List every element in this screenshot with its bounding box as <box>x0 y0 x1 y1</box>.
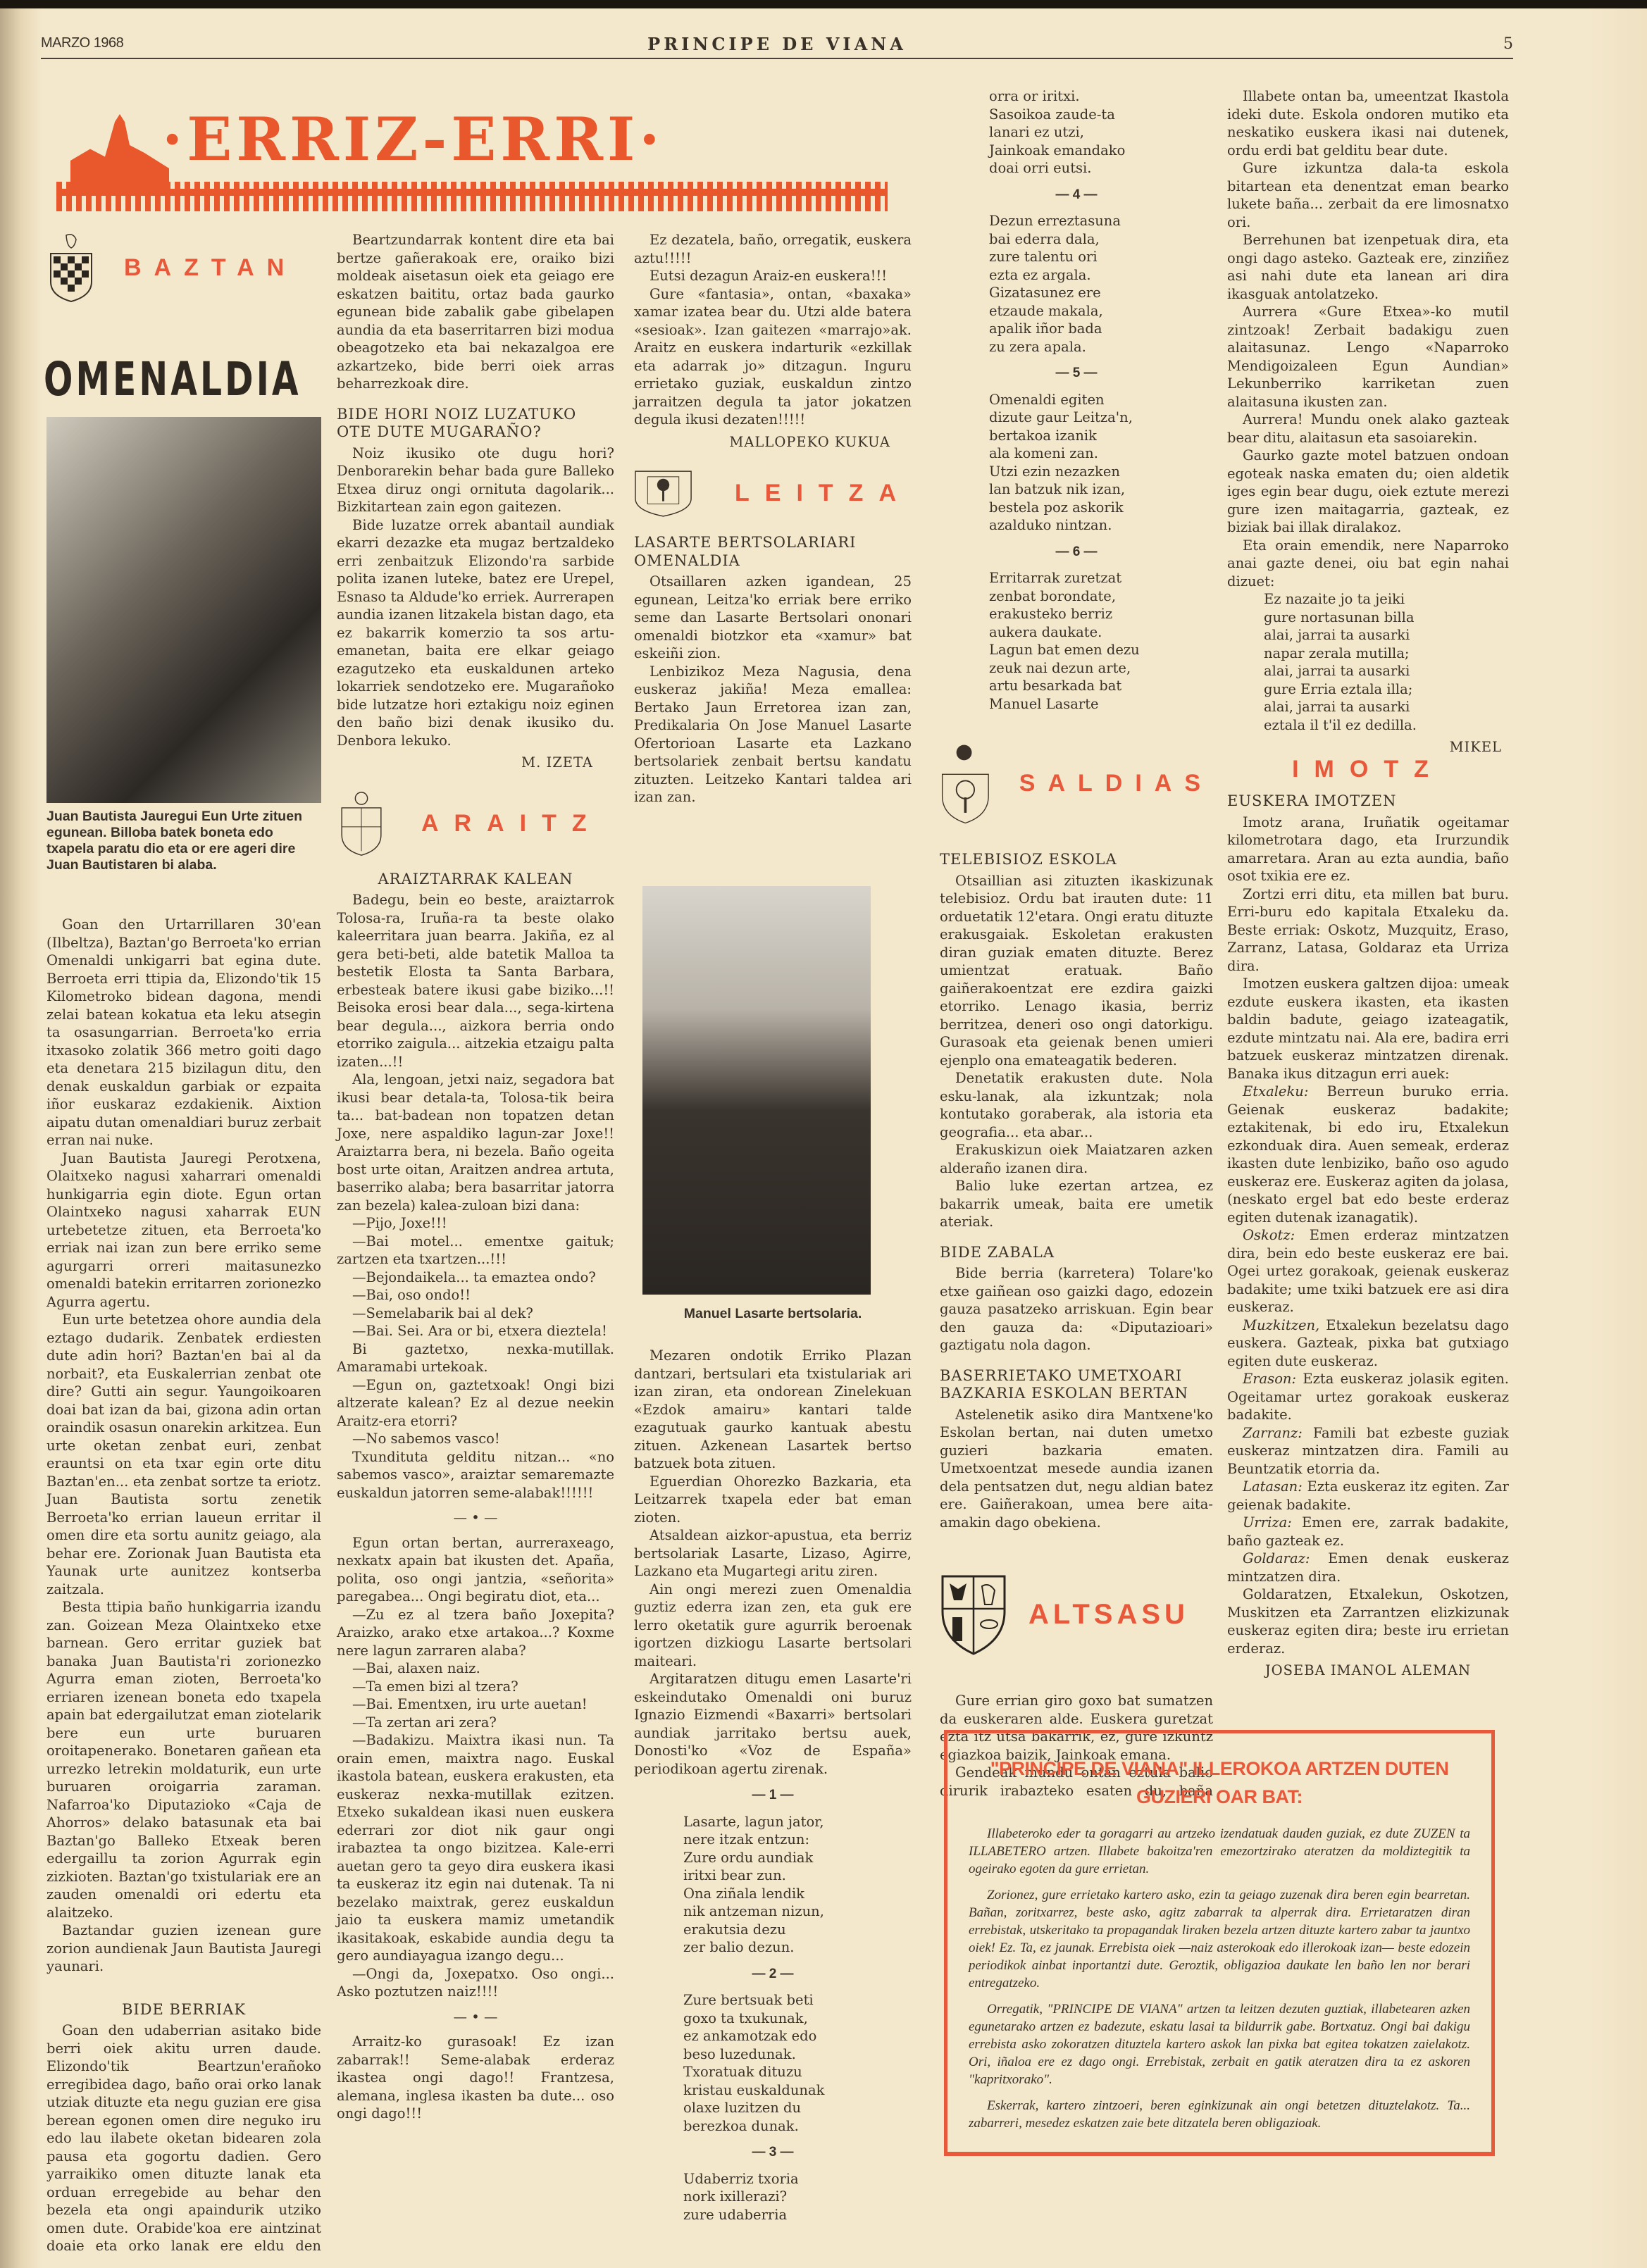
verse-line: ala komeni zan. <box>989 444 1213 463</box>
paragraph-text: Imotzen euskera galtzen dijoa: umeak ezd… <box>1227 976 1509 1082</box>
verse-number: — 6 — <box>940 543 1213 561</box>
verse-line: Jainkoak emandako <box>989 142 1213 160</box>
notice-paragraph: Zorionez, gure errietako kartero asko, e… <box>969 1886 1470 1992</box>
scan-edge <box>0 0 1647 8</box>
verse-line: ez ankamotzak edo <box>683 2027 912 2045</box>
paragraph: Denetatik erakusten dute. Nola esku-lana… <box>940 1069 1213 1141</box>
dialogue-line: —Badakizu. Maixtra ikasi nun. Ta orain e… <box>337 1731 614 1965</box>
page-number: 5 <box>1503 35 1513 53</box>
paragraph: Aurrera! Mundu onek alako gazteak bear d… <box>1227 411 1509 447</box>
subhead: BIDE BERRIAK <box>46 2001 321 2019</box>
poem-line: eztala il t'il ez dedilla. <box>1264 716 1509 735</box>
village-name: Zarranz: <box>1243 1425 1303 1441</box>
verse-line: Manuel Lasarte <box>989 695 1213 714</box>
byline: M. IZETA <box>337 754 614 772</box>
paragraph: Goan den udaberrian asitako bide berri o… <box>46 2021 321 2258</box>
verse-number: — 4 — <box>940 186 1213 204</box>
verse-line: nere itzak entzun: <box>683 1831 912 1849</box>
verse-number: — 5 — <box>940 364 1213 382</box>
verse-line: artu besarkada bat <box>989 677 1213 695</box>
village-name: Erason: <box>1243 1371 1296 1387</box>
town-name: SALDIAS <box>1019 775 1213 793</box>
subhead: BIDE ZABALA <box>940 1244 1213 1262</box>
paragraph: Noiz ikusiko ote dugu hori? Denborarekin… <box>337 444 614 516</box>
araitz-shield-icon <box>337 790 386 858</box>
paragraph: Badegu, bein eo beste, araiztarrok Tolos… <box>337 891 614 1071</box>
town-name: ALTSASU <box>1028 1606 1189 1624</box>
verse-line: Dezun erreztasuna <box>989 212 1213 230</box>
verse-line: zu zera apala. <box>989 338 1213 356</box>
village-name: Muzkitzen, <box>1243 1317 1319 1333</box>
paragraph: Zarranz: Famili bat ezbeste guziak euske… <box>1227 1424 1509 1478</box>
town-heading-baztan: BAZTAN <box>46 232 297 303</box>
column-5: Illabete ontan ba, umeentzat Ikastola id… <box>1227 87 1509 1684</box>
town-name-imotz: IMOTZ <box>1227 761 1509 779</box>
masthead: PRINCIPE DE VIANA <box>41 34 1513 54</box>
verse-line: berezkoa dunak. <box>683 2117 912 2136</box>
photo-manuel-lasarte <box>642 886 871 1295</box>
verse-line: zenbat borondate, <box>989 587 1213 606</box>
verse-line: ezta ez argala. <box>989 266 1213 285</box>
verse-number: — 2 — <box>634 1965 912 1983</box>
paragraph-text: Zortzi erri ditu, eta millen bat buru. E… <box>1227 886 1509 974</box>
paragraph: Bide berria (karretera) Tolare'ko etxe g… <box>940 1264 1213 1354</box>
paragraph: Goan den Urtarrillaren 30'ean (Ilbeltza)… <box>46 916 321 1149</box>
verse-line: nik antzeman nizun, <box>683 1902 912 1921</box>
verse-number: — 1 — <box>634 1786 912 1805</box>
village-name: Oskotz: <box>1243 1227 1295 1243</box>
verse-line: aukera daukate. <box>989 623 1213 642</box>
verse-line: erakutsia dezu <box>683 1921 912 1939</box>
poem-line: napar zerala mutilla; <box>1264 644 1509 663</box>
paragraph: Beartzundarrak kontent dire eta bai bert… <box>337 231 614 393</box>
church-silhouette-icon <box>70 114 169 192</box>
column-3-lower: Mezaren ondotik Erriko Plazan dantzari, … <box>634 1347 912 2224</box>
notice-title: "PRINCIPE DE VIANA" ILLEROKOA ARTZEN DUT… <box>969 1755 1470 1811</box>
poem: Ez nazaite jo ta jeiki gure nortasunan b… <box>1227 590 1509 734</box>
paragraph: Gure «fantasia», ontan, «baxaka» xamar i… <box>634 285 912 429</box>
paragraph: Otsaillaren azken igandean, 25 egunean, … <box>634 573 912 663</box>
verse-line: erakusteko berriz <box>989 605 1213 623</box>
photo-jauregui-centenarian <box>46 417 321 803</box>
dialogue-line: —Ongi da, Joxepatxo. Oso ongi... Asko po… <box>337 1965 614 2001</box>
verse-line: apalik iñor bada <box>989 320 1213 338</box>
poem-line: gure nortasunan billa <box>1264 609 1509 627</box>
verse-line: bestela poz askorik <box>989 499 1213 517</box>
column-4: orra or iritxi.Sasoikoa zaude-talanari e… <box>940 87 1213 1800</box>
verse-line: Udaberriz txoria <box>683 2170 912 2188</box>
column-2: Beartzundarrak kontent dire eta bai bert… <box>337 231 614 2123</box>
verse: Dezun erreztasunabai ederra dala,zure ta… <box>940 212 1213 356</box>
paragraph: Arraitz-ko gurasoak! Ez izan zabarrak!! … <box>337 2033 614 2123</box>
dialogue-line: —Bai, oso ondo!! <box>337 1286 614 1304</box>
headline-omenaldia: OMENALDIA <box>44 352 273 406</box>
paragraph-text: Goldaratzen, Etxalekun, Oskotzen, Muskit… <box>1227 1586 1509 1657</box>
paragraph: Imotzen euskera galtzen dijoa: umeak ezd… <box>1227 975 1509 1083</box>
paragraph: Argitaratzen ditugu emen Lasarte'ri eske… <box>634 1670 912 1778</box>
town-heading-leitza: LEITZA <box>634 469 912 518</box>
paragraph: Otsaillian asi zituzten ikaskizunak tele… <box>940 872 1213 1070</box>
notice-paragraph: Illabeteroko eder ta goragarri au artzek… <box>969 1825 1470 1878</box>
verse-line: lan batzuk nik izan, <box>989 480 1213 499</box>
town-name: BAZTAN <box>124 254 297 282</box>
paragraph: Mezaren ondotik Erriko Plazan dantzari, … <box>634 1347 912 1473</box>
poem-line: alai, jarrai ta ausarki <box>1264 698 1509 716</box>
paragraph: Egun ortan bertan, aurreraxeago, nexkatx… <box>337 1534 614 1606</box>
verse-number: — 3 — <box>634 2143 912 2162</box>
poem-line: Ez nazaite jo ta jeiki <box>1264 590 1509 609</box>
verse: orra or iritxi.Sasoikoa zaude-talanari e… <box>940 87 1213 177</box>
paragraph: Eutsi dezagun Araiz-en euskera!!! <box>634 267 912 285</box>
verse-line: iritxi bear zun. <box>683 1867 912 1885</box>
paragraph: Etxaleku: Berreun buruko erria. Geienak … <box>1227 1083 1509 1226</box>
byline: MALLOPEKO KUKUA <box>634 433 912 451</box>
verse-line: goxo ta txukunak, <box>683 2010 912 2028</box>
paragraph: Goldaratzen, Etxalekun, Oskotzen, Muskit… <box>1227 1585 1509 1657</box>
subhead: TELEBISIOZ ESKOLA <box>940 851 1213 869</box>
paragraph: Berrehunen bat izenpetuak dira, eta ongi… <box>1227 231 1509 303</box>
leitza-shield-icon <box>634 469 692 518</box>
verse-line: zer balio dezun. <box>683 1938 912 1957</box>
subhead: ARAIZTARRAK KALEAN <box>337 871 614 889</box>
altsasu-shield-icon <box>940 1574 1007 1657</box>
verse-line: Zure bertsuak beti <box>683 1991 912 2010</box>
paragraph: Zortzi erri ditu, eta millen bat buru. E… <box>1227 885 1509 976</box>
dialogue-line: —Pijo, Joxe!!! <box>337 1214 614 1233</box>
verse-line: etzaude makala, <box>989 302 1213 320</box>
subhead: LASARTE BERTSOLARIARI OMENALDIA <box>634 534 912 570</box>
dialogue-line: —Bai motel... ementxe gaituk; zartzen et… <box>337 1233 614 1269</box>
verse: Omenaldi egitendizute gaur Leitza'n,bert… <box>940 391 1213 535</box>
photo-caption: Juan Bautista Jauregui Eun Urte zituen e… <box>46 809 321 873</box>
paragraph: Bide luzatze orrek abantail aundiak ekar… <box>337 516 614 750</box>
paragraph: Goldaraz: Emen denak euskeraz mintzatzen… <box>1227 1550 1509 1585</box>
section-title: ·ERRIZ-ERRI· <box>162 104 664 174</box>
verse-line: olaxe luzitzen du <box>683 2099 912 2117</box>
column-3: Ez dezatela, baño, orregatik, euskera az… <box>634 231 912 806</box>
verse-line: Erritarrak zuretzat <box>989 569 1213 587</box>
notice-paragraph: Eskerrak, kartero zintzoeri, beren egink… <box>969 2097 1470 2132</box>
dialogue-line: —Egun on, gaztetxoak! Ongi bizi altzerat… <box>337 1376 614 1431</box>
subhead: BASERRIETAKO UMETXOARI BAZKARIA ESKOLAN … <box>940 1367 1213 1403</box>
dialogue-line: —No sabemos vasco! <box>337 1430 614 1448</box>
town-name: ARAITZ <box>421 815 602 833</box>
verse-line: azalduko nintzan. <box>989 516 1213 535</box>
verse-line: kristau euskaldunak <box>683 2081 912 2100</box>
paragraph: Eun urte betetzea ohore aundia dela ezta… <box>46 1311 321 1598</box>
subhead: EUSKERA IMOTZEN <box>1227 792 1509 811</box>
verse-line: bertakoa izanik <box>989 427 1213 445</box>
paragraph: Juan Bautista Jauregi Perotxena, Olaitxe… <box>46 1149 321 1311</box>
paragraph: Gure izkuntza dala-ta eskola bitartean e… <box>1227 159 1509 231</box>
fence-icon <box>56 182 888 211</box>
village-name: Goldaraz: <box>1243 1550 1310 1566</box>
verse-line: zeuk nai dezun arte, <box>989 659 1213 678</box>
poem-line: alai, jarrai ta ausarki <box>1264 662 1509 680</box>
verse-line: Sasoikoa zaude-ta <box>989 106 1213 124</box>
verse-line: zure talentu ori <box>989 248 1213 266</box>
paragraph: Erakuskizun oiek Maiatzaren azken aldera… <box>940 1141 1213 1177</box>
paragraph: Illabete ontan ba, umeentzat Ikastola id… <box>1227 87 1509 159</box>
verse: Erritarrak zuretzatzenbat borondate,erak… <box>940 569 1213 713</box>
paragraph: Atsaldean aizkor-apustua, eta berriz ber… <box>634 1526 912 1581</box>
dialogue-line: —Bai. Sei. Ara or bi, etxera dieztela! <box>337 1322 614 1340</box>
paragraph: Ain ongi merezi zuen Omenaldia guztiz ed… <box>634 1581 912 1671</box>
newspaper-page: MARZO 1968 PRINCIPE DE VIANA 5 ·ERRIZ-ER… <box>0 0 1647 2268</box>
dialogue-line: —Ta emen bizi al tzera? <box>337 1678 614 1696</box>
subscriber-notice-box: "PRINCIPE DE VIANA" ILLEROKOA ARTZEN DUT… <box>944 1730 1495 2156</box>
verse-line: Lasarte, lagun jator, <box>683 1813 912 1831</box>
paragraph: Astelenetik asiko dira Mantxene'ko Eskol… <box>940 1406 1213 1532</box>
paragraph: Txundituta gelditu nitzan... «no sabemos… <box>337 1448 614 1502</box>
village-name: Latasan: <box>1243 1478 1303 1495</box>
section-divider: — • — <box>337 1509 614 1527</box>
verse-line: Gizatasunez ere <box>989 284 1213 302</box>
paragraph: Ez dezatela, baño, orregatik, euskera az… <box>634 231 912 267</box>
verse-line: Ona ziñala lendik <box>683 1885 912 1903</box>
page-header: MARZO 1968 PRINCIPE DE VIANA 5 <box>41 32 1513 59</box>
verse: Zure bertsuak betigoxo ta txukunak,ez an… <box>634 1991 912 2135</box>
town-heading-altsasu: ALTSASU <box>940 1574 1213 1657</box>
photo-caption: Manuel Lasarte bertsolaria. <box>634 1306 912 1322</box>
notice-paragraph: Orregatik, "PRINCIPE DE VIANA" artzen ta… <box>969 2000 1470 2088</box>
subhead: BIDE HORI NOIZ LUZATUKO OTE DUTE MUGARAÑ… <box>337 406 614 442</box>
verse: Udaberriz txorianork ixillerazi?zure uda… <box>634 2170 912 2224</box>
paragraph: Gaurko gazte motel batzuen ondoan egotea… <box>1227 447 1509 537</box>
village-name: Etxaleku: <box>1243 1083 1308 1099</box>
paragraph: Latasan: Ezta euskeraz itz egiten. Zar g… <box>1227 1478 1509 1514</box>
paragraph: Baztandar guzien izenean gure zorion aun… <box>46 1921 321 1976</box>
dialogue-line: —Bejondaikela... ta emaztea ondo? <box>337 1269 614 1287</box>
paragraph: Balio luke ezertan artzea, ez bakarrik u… <box>940 1177 1213 1231</box>
paragraph: Urriza: Emen ere, zarrak badakite, baño … <box>1227 1514 1509 1550</box>
verse-line: doai orri eutsi. <box>989 159 1213 177</box>
paragraph-text: Imotz arana, Iruñatik ogeitamar kilometr… <box>1227 814 1509 885</box>
verse-line: bai ederra dala, <box>989 230 1213 249</box>
dialogue-line: —Bai, alaxen naiz. <box>337 1659 614 1678</box>
column-1: Goan den Urtarrillaren 30'ean (Ilbeltza)… <box>46 916 321 2258</box>
verse-line: lanari ez utzi, <box>989 123 1213 142</box>
verse-line: Utzi ezin nezazken <box>989 463 1213 481</box>
checkered-shield-icon <box>46 232 96 303</box>
verse-line: zure udaberria <box>683 2206 912 2224</box>
town-name: LEITZA <box>735 485 912 503</box>
verse-line: dizute gaur Leitza'n, <box>989 409 1213 427</box>
paragraph: Eta orain emendik, nere Naparroko anai g… <box>1227 537 1509 591</box>
paragraph: Ala, lengoan, jetxi naiz, segadora bat i… <box>337 1071 614 1214</box>
paragraph: Muzkitzen, Etxalekun bezelatsu dago eusk… <box>1227 1316 1509 1371</box>
paragraph: Bi gaztetxo, nexka-mutillak. Amaramabi u… <box>337 1340 614 1376</box>
paragraph: Lenbizikoz Meza Nagusia, dena euskeraz j… <box>634 663 912 806</box>
verse-line: orra or iritxi. <box>989 87 1213 106</box>
verse-line: nork ixillerazi? <box>683 2188 912 2206</box>
paragraph: Aurrera «Gure Etxea»-ko mutil zintzoak! … <box>1227 303 1509 411</box>
paragraph: Besta ttipia baño hunkigarria izandu zan… <box>46 1598 321 1921</box>
dialogue-line: —Zu ez al tzera baño Joxepita? Araizko, … <box>337 1606 614 1660</box>
town-heading-saldias: SALDIAS <box>940 738 1213 830</box>
byline: MIKEL <box>1227 738 1509 756</box>
paragraph: Eguerdian Ohorezko Bazkaria, eta Leitzar… <box>634 1473 912 1527</box>
verse-line: beso luzedunak. <box>683 2045 912 2064</box>
section-banner: ·ERRIZ-ERRI· <box>56 99 888 211</box>
byline: JOSEBA IMANOL ALEMAN <box>1227 1662 1509 1680</box>
paragraph: Imotz arana, Iruñatik ogeitamar kilometr… <box>1227 814 1509 885</box>
poem-line: alai, jarrai ta ausarki <box>1264 626 1509 644</box>
paragraph: Oskotz: Emen erderaz mintzatzen dira, be… <box>1227 1226 1509 1316</box>
village-name: Urriza: <box>1243 1514 1292 1531</box>
section-divider: — • — <box>337 2008 614 2026</box>
verse-line: Lagun bat emen dezu <box>989 641 1213 659</box>
dialogue-line: —Bai. Ementxen, iru urte auetan! <box>337 1695 614 1714</box>
paragraph-text: Berreun buruko erria. Geienak euskeraz b… <box>1227 1083 1509 1226</box>
verse-line: Omenaldi egiten <box>989 391 1213 409</box>
dialogue-line: —Semelabarik bai al dek? <box>337 1304 614 1323</box>
verse-line: Zure ordu aundiak <box>683 1849 912 1867</box>
paragraph: Erason: Ezta euskeraz jolasik egiten. Og… <box>1227 1370 1509 1424</box>
town-heading-araitz: ARAITZ <box>337 790 614 858</box>
verse-line: Txoratuak dituzu <box>683 2063 912 2081</box>
poem-line: gure Erria eztala illa; <box>1264 680 1509 699</box>
verse: Lasarte, lagun jator,nere itzak entzun:Z… <box>634 1813 912 1957</box>
dialogue-line: —Ta zertan ari zera? <box>337 1714 614 1732</box>
saldias-shield-icon <box>940 738 991 830</box>
